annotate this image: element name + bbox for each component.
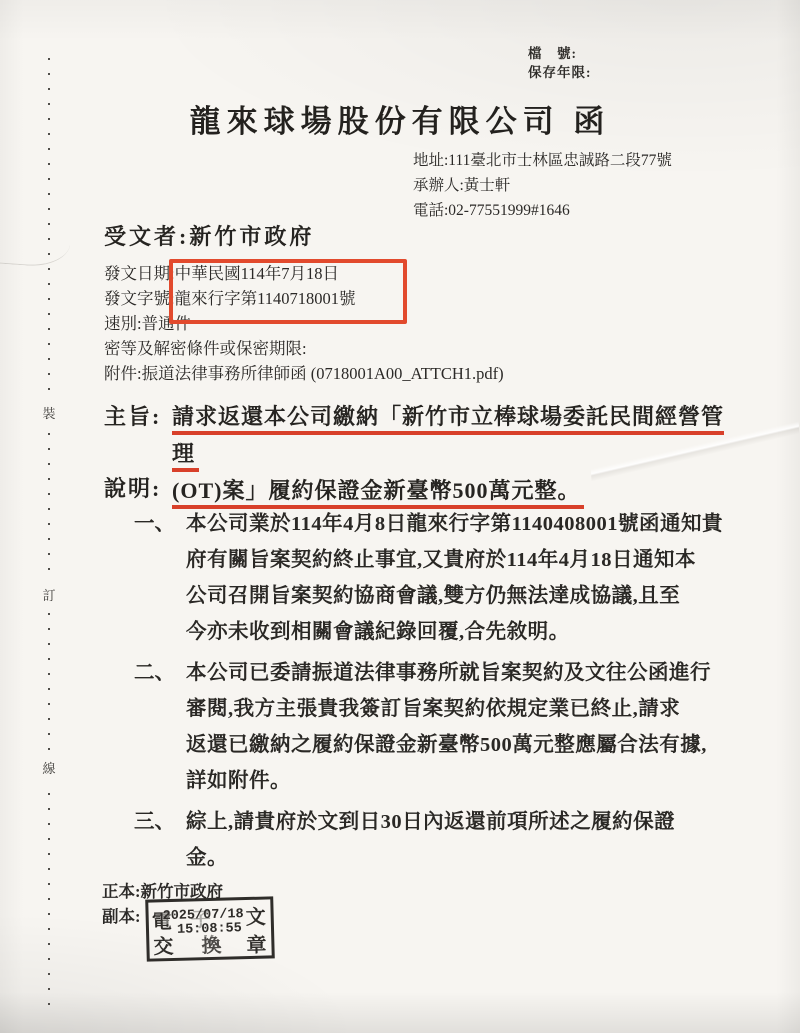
explanation-item-2: 二、 本公司已委請振道法律事務所就旨案契約及文往公函進行 審閱,我方主張貴我簽訂…: [134, 655, 754, 799]
stamp-char-jiao: 交: [153, 930, 174, 960]
item-text: 本公司業於114年4月8日龍來行字第1140408001號函通知貴 府有關旨案契…: [186, 506, 723, 650]
item-1-line-1: 本公司業於114年4月8日龍來行字第1140408001號函通知貴: [186, 506, 723, 542]
retention-period-label: 保存年限:: [528, 63, 592, 82]
item-number: 二、: [134, 655, 186, 799]
item-2-line-2: 審閱,我方主張貴我簽訂旨案契約依規定業已終止,請求: [186, 691, 711, 727]
item-3-line-1: 綜上,請貴府於文到日30日內返還前項所述之履約保證: [186, 804, 675, 840]
item-3-line-2: 金。: [186, 840, 675, 876]
attachment-line: 附件:振道法律事務所律師函 (0718001A00_ATTCH1.pdf): [104, 361, 504, 386]
red-highlight-box: [169, 259, 407, 324]
electronic-exchange-stamp: 電 子 文 交 換 章 2025/07/18 15:08:55: [145, 896, 275, 961]
sender-phone: 電話:02-77551999#1646: [413, 198, 672, 223]
binding-mark-xian: 線: [40, 753, 58, 782]
file-number-label: 檔 號:: [528, 44, 592, 63]
item-text: 本公司已委請振道法律事務所就旨案契約及文往公函進行 審閱,我方主張貴我簽訂旨案契…: [186, 655, 711, 799]
item-2-line-1: 本公司已委請振道法律事務所就旨案契約及文往公函進行: [186, 655, 711, 691]
document-title: 龍來球場股份有限公司 函: [0, 96, 800, 141]
subject-line1-red-underlined: 請求返還本公司繳納「新竹市立棒球場委託民間經營管理: [172, 404, 724, 472]
sender-info-block: 地址:111臺北市士林區忠誠路二段77號 承辦人:黃士軒 電話:02-77551…: [413, 148, 672, 223]
item-number: 三、: [134, 804, 186, 876]
recipient-line: 受文者:新竹市政府: [104, 220, 314, 251]
explanation-item-1: 一、 本公司業於114年4月8日龍來行字第1140408001號函通知貴 府有關…: [134, 506, 754, 650]
sender-contact-person: 承辦人:黃士軒: [413, 173, 672, 198]
explanation-item-3: 三、 綜上,請貴府於文到日30日內返還前項所述之履約保證 金。: [134, 804, 754, 876]
paper-crease-top-left: [0, 223, 71, 269]
binding-dotted-line: [48, 58, 50, 1016]
stamp-time: 15:08:55: [177, 921, 242, 938]
scanned-official-letter: 裝 訂 線 檔 號: 保存年限: 龍來球場股份有限公司 函 地址:111臺北市士…: [0, 0, 800, 1033]
item-1-line-3: 公司召開旨案契約協商會議,雙方仍無法達成協議,且至: [186, 578, 723, 614]
explanation-list: 一、 本公司業於114年4月8日龍來行字第1140408001號函通知貴 府有關…: [134, 506, 754, 881]
file-number-block: 檔 號: 保存年限:: [528, 44, 592, 82]
security-line: 密等及解密條件或保密期限:: [104, 336, 504, 361]
subject-label: 主旨:: [104, 400, 161, 431]
item-1-line-2: 府有關旨案契約終止事宜,又貴府於114年4月18日通知本: [186, 542, 723, 578]
stamp-char-wen: 文: [245, 901, 266, 931]
stamp-char-zhang: 章: [246, 929, 267, 959]
explanation-label: 說明:: [104, 472, 161, 503]
item-text: 綜上,請貴府於文到日30日內返還前項所述之履約保證 金。: [186, 804, 675, 876]
subject-text: 請求返還本公司繳納「新竹市立棒球場委託民間經營管理 (OT)案」履約保證金新臺幣…: [172, 398, 747, 509]
copy-recipient-label: 副本:: [102, 903, 141, 927]
item-1-line-4: 今亦未收到相關會議紀錄回覆,合先敘明。: [186, 614, 723, 650]
binding-mark-zhuang: 裝: [40, 398, 58, 427]
item-2-line-4: 詳如附件。: [186, 763, 711, 799]
binding-mark-ding: 訂: [40, 580, 58, 609]
item-number: 一、: [134, 506, 186, 650]
item-2-line-3: 返還已繳納之履約保證金新臺幣500萬元整應屬合法有據,: [186, 727, 711, 763]
subject-line2-red-underlined: (OT)案」履約保證金新臺幣500萬元整。: [172, 478, 584, 509]
sender-address: 地址:111臺北市士林區忠誠路二段77號: [413, 148, 672, 173]
